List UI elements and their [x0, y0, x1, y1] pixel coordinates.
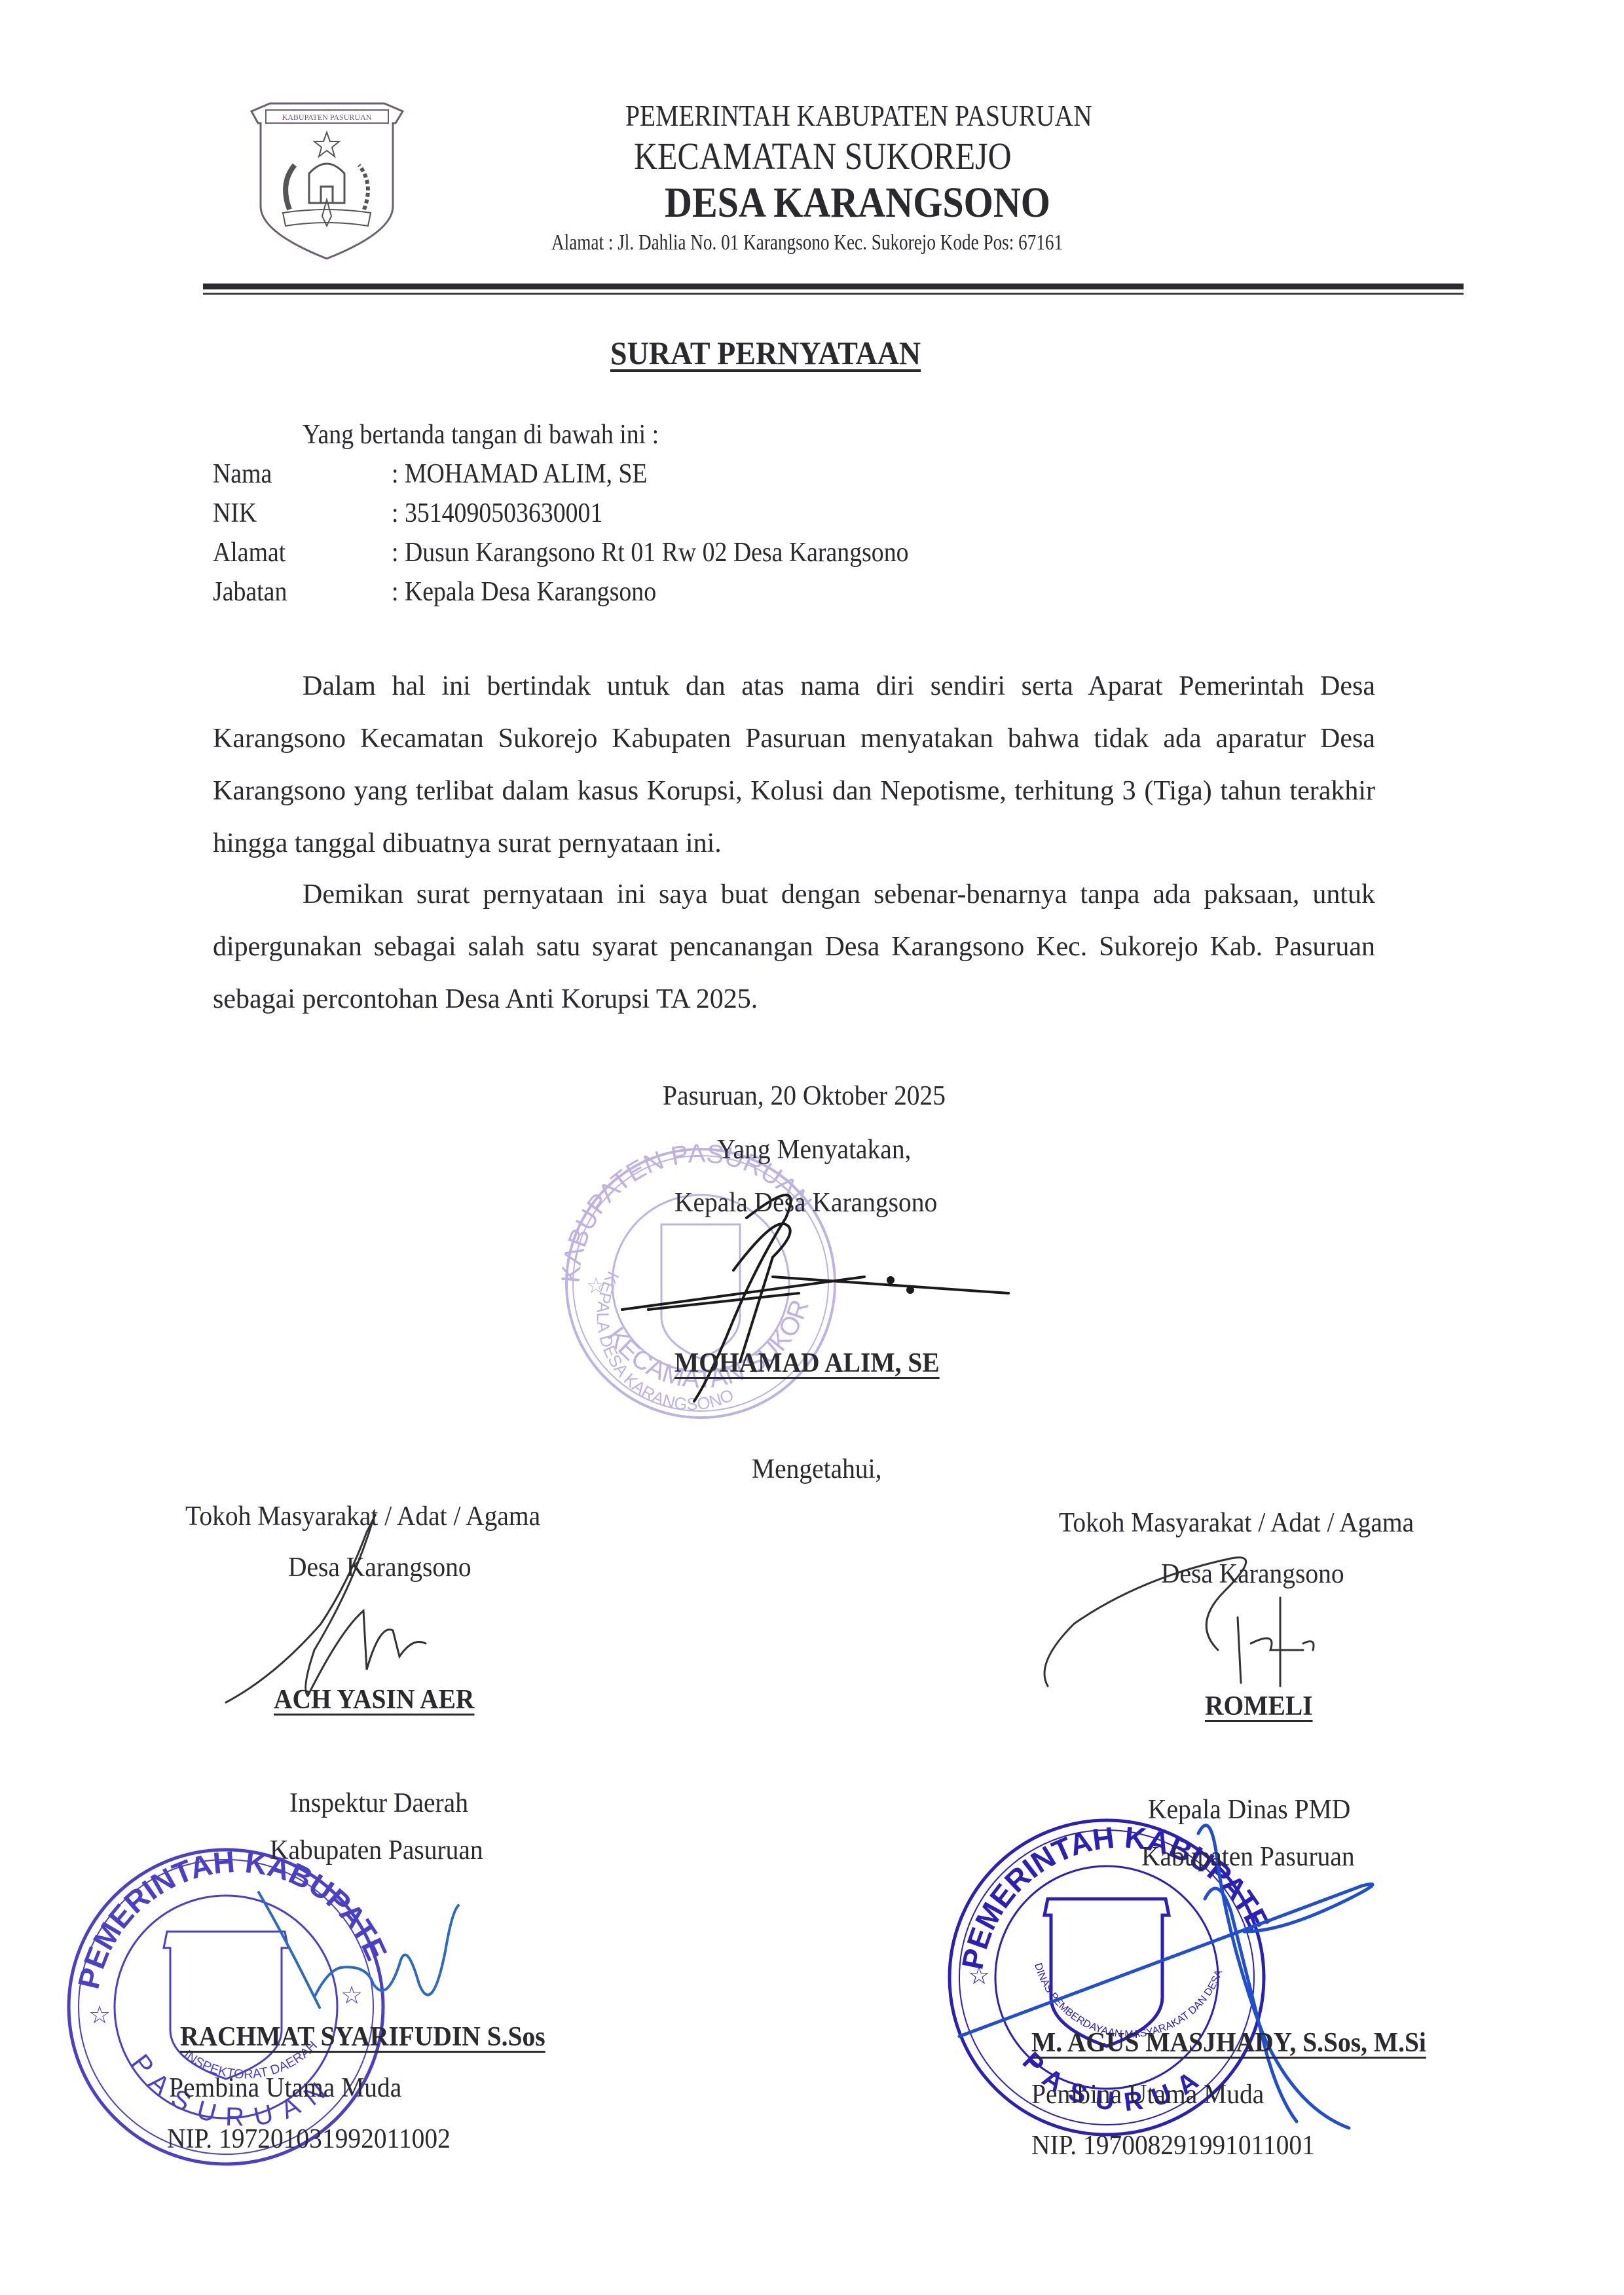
- official-2-rank: Pembina Utama Muda: [1031, 2079, 1264, 2110]
- statement-paragraph-2: Demikan surat pernyataan ini saya buat d…: [213, 868, 1375, 1025]
- coat-of-arms-icon: KABUPATEN PASURUAN: [244, 92, 411, 262]
- official-1-rank: Pembina Utama Muda: [169, 2072, 401, 2104]
- letterhead-village: DESA KARANGSONO: [665, 178, 1050, 228]
- inspektur-signature: [259, 1892, 458, 2008]
- svg-text:☆: ☆: [586, 1274, 606, 1298]
- declarant-role-1: Yang Menyatakan,: [717, 1134, 911, 1166]
- witness-1-name: ACH YASIN AER: [274, 1684, 474, 1716]
- witness-1-signature: [226, 1515, 426, 1702]
- declarant-name: MOHAMAD ALIM, SE: [674, 1348, 940, 1379]
- svg-text:KEPALA DESA KARANGSONO: KEPALA DESA KARANGSONO: [593, 1268, 737, 1414]
- official-2-name: M. AGUS MASJHADY, S.Sos, M.Si: [1031, 2027, 1426, 2059]
- official-1-role-1: Inspektur Daerah: [289, 1788, 468, 1819]
- letterhead-rule-thin: [203, 293, 1464, 295]
- witness-2-role-1: Tokoh Masyarakat / Adat / Agama: [1059, 1507, 1414, 1539]
- intro-text: Yang bertanda tangan di bawah ini :: [303, 419, 659, 450]
- acknowledged-label: Mengetahui,: [752, 1454, 881, 1485]
- svg-text:PASURUAN: PASURUAN: [0, 0, 1213, 2117]
- declarant-role-2: Kepala Desa Karangsono: [674, 1187, 937, 1219]
- svg-text:☆: ☆: [341, 1982, 363, 2010]
- identity-label-nik: NIK: [213, 498, 257, 529]
- official-1-role-2: Kabupaten Pasuruan: [270, 1835, 483, 1866]
- witness-2-name: ROMELI: [1205, 1691, 1313, 1722]
- letterhead-rule: [203, 284, 1464, 289]
- official-2-role-2: Kabupaten Pasuruan: [1141, 1841, 1355, 1873]
- identity-label-position: Jabatan: [213, 576, 287, 608]
- letterhead-government: PEMERINTAH KABUPATEN PASURUAN: [625, 98, 1092, 133]
- witness-1-role-2: Desa Karangsono: [288, 1552, 471, 1583]
- identity-value-address: : Dusun Karangsono Rt 01 Rw 02 Desa Kara…: [392, 537, 909, 568]
- identity-label-address: Alamat: [213, 537, 286, 568]
- official-1-nip: NIP. 197201031992011002: [167, 2123, 451, 2155]
- statement-paragraph-1: Dalam hal ini bertindak untuk dan atas n…: [213, 660, 1375, 870]
- svg-text:☆: ☆: [968, 1962, 990, 1990]
- regency-logo: KABUPATEN PASURUAN: [244, 92, 411, 262]
- witness-1-role-1: Tokoh Masyarakat / Adat / Agama: [185, 1501, 540, 1532]
- identity-label-name: Nama: [213, 458, 272, 490]
- place-date: Pasuruan, 20 Oktober 2025: [663, 1080, 946, 1112]
- official-2-role-1: Kepala Dinas PMD: [1148, 1794, 1350, 1826]
- letterhead-district: KECAMATAN SUKOREJO: [634, 134, 1012, 178]
- witness-2-role-2: Desa Karangsono: [1161, 1558, 1344, 1590]
- identity-value-name: : MOHAMAD ALIM, SE: [392, 458, 648, 490]
- official-1-name: RACHMAT SYARIFUDIN S.Sos: [180, 2021, 545, 2053]
- identity-value-nik: : 3514090503630001: [392, 498, 602, 529]
- official-2-nip: NIP. 197008291991011001: [1031, 2130, 1315, 2161]
- document-title: SURAT PERNYATAAN: [610, 334, 921, 372]
- identity-value-position: : Kepala Desa Karangsono: [392, 576, 656, 608]
- dinas-pmd-stamp: PEMERINTAH KABUPATEN PASURUAN DINAS PEMB…: [0, 0, 1276, 2135]
- svg-text:KABUPATEN PASURUAN: KABUPATEN PASURUAN: [282, 113, 372, 122]
- letterhead-address: Alamat : Jl. Dahlia No. 01 Karangsono Ke…: [551, 230, 1063, 255]
- svg-text:☆: ☆: [88, 2002, 111, 2029]
